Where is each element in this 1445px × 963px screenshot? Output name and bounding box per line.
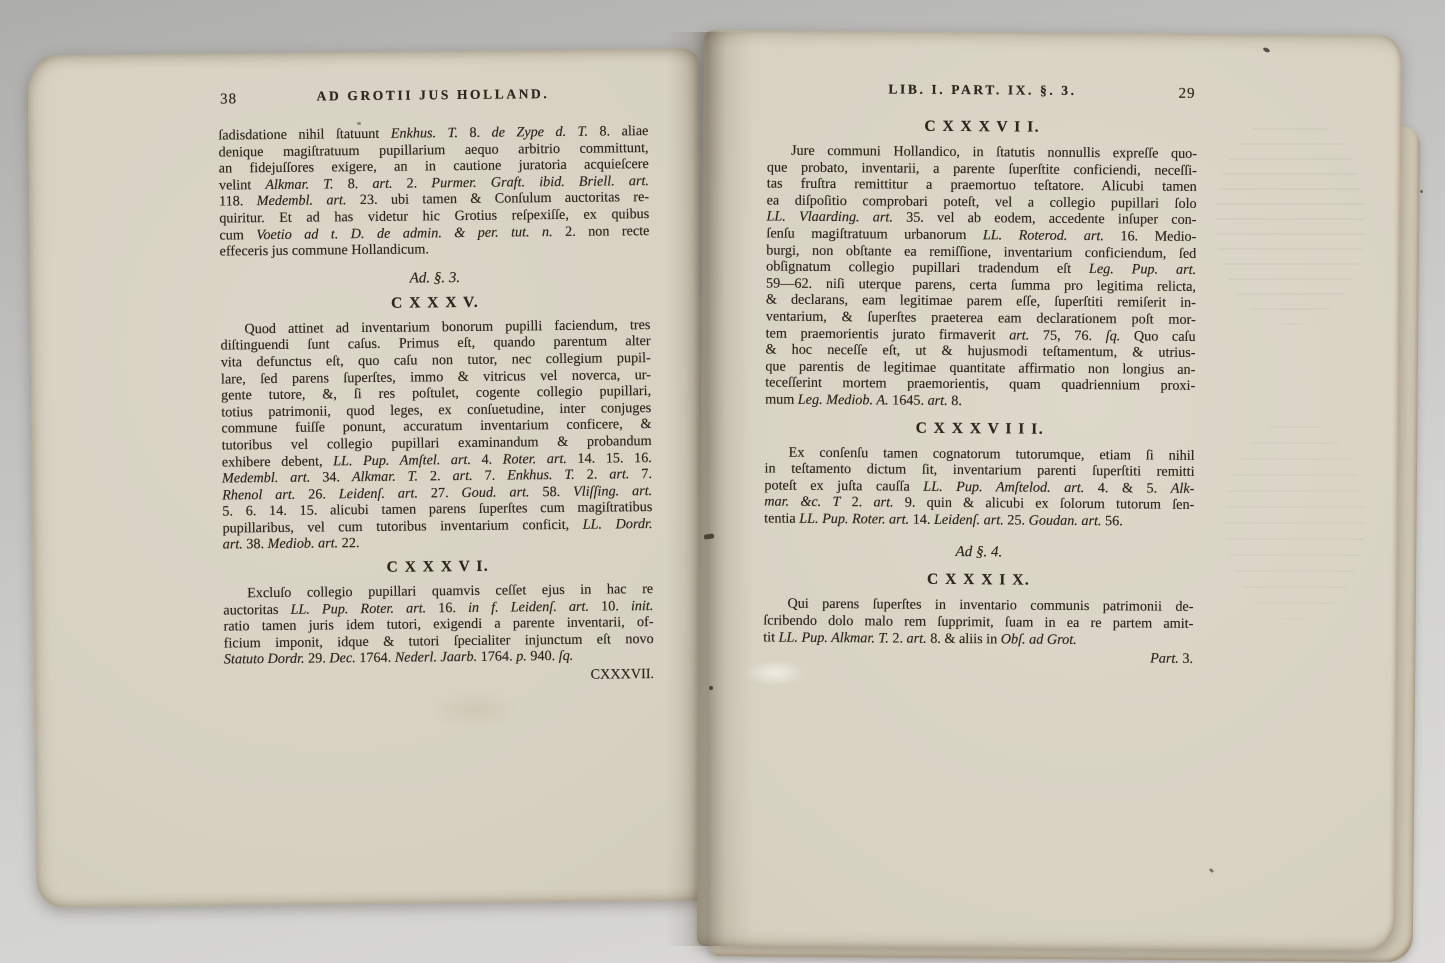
text-line: art. 38. Mediob. art. 22. xyxy=(223,532,653,553)
photo-of-open-book: 38 AD GROTII JUS HOLLAND. ſadisdatione n… xyxy=(0,0,1445,963)
right-page-header: LIB. I. PART. IX. §. 3. 29 xyxy=(767,81,1197,100)
binding-stitch xyxy=(709,686,713,690)
section-paragraph: Excluſo collegio pupillari quamvis ceſſe… xyxy=(223,581,654,668)
right-running-header: LIB. I. PART. IX. §. 3. xyxy=(767,81,1197,100)
section-paragraph: Qui parens ſuperſtes in inventario commu… xyxy=(763,596,1193,649)
section-heading: C X X X V I. xyxy=(223,556,653,579)
section-heading: C X X X I X. xyxy=(764,570,1194,591)
section-paragraph: Quod attinet ad inventarium bonorum pupi… xyxy=(220,317,652,554)
section-heading: C X X X V. xyxy=(220,292,650,315)
left-running-header: AD GROTII JUS HOLLAND. xyxy=(218,85,648,106)
section-paragraph: ſadisdatione nihil ſtatuunt Enkhus. T. 8… xyxy=(218,123,649,260)
section-heading: C X X X V I I. xyxy=(767,117,1197,138)
text-line: tentia LL. Pup. Roter. art. 14. Leidenſ.… xyxy=(764,510,1194,530)
left-page: 38 AD GROTII JUS HOLLAND. ſadisdatione n… xyxy=(28,49,707,908)
section-catchword: CXXXVII. xyxy=(224,666,654,687)
right-page-text: C X X X V I I.Jure communi Hollandico, i… xyxy=(763,117,1197,668)
left-page-text: ſadisdatione nihil ſtatuunt Enkhus. T. 8… xyxy=(218,123,654,687)
section-subheading: Ad. §. 3. xyxy=(220,268,650,290)
section-paragraph: Ex conſenſu tamen cognatorum tutorumque,… xyxy=(764,444,1195,530)
section-subheading: Ad §. 4. xyxy=(764,543,1194,563)
text-line: mum Leg. Mediob. A. 1645. art. 8. xyxy=(765,391,1195,411)
left-page-header: 38 AD GROTII JUS HOLLAND. xyxy=(218,85,648,106)
text-line: tit LL. Pup. Alkmar. T. 2. art. 8. & ali… xyxy=(763,629,1193,649)
text-line: Statuto Dordr. 29. Dec. 1764. Nederl. Ja… xyxy=(224,647,654,668)
section-catchword: Part. 3. xyxy=(763,648,1193,668)
foxing-spot xyxy=(357,122,361,125)
right-page: LIB. I. PART. IX. §. 3. 29 C X X X V I I… xyxy=(697,30,1402,951)
section-paragraph: Jure communi Hollandico, in ſtatutis non… xyxy=(765,142,1197,411)
foxing-spot xyxy=(1420,190,1423,193)
left-page-number: 38 xyxy=(220,91,237,108)
section-heading: C X X X V I I I. xyxy=(765,418,1195,439)
text-line: effeceris jus commune Hollandicum. xyxy=(220,239,650,260)
right-page-number: 29 xyxy=(1178,86,1195,103)
